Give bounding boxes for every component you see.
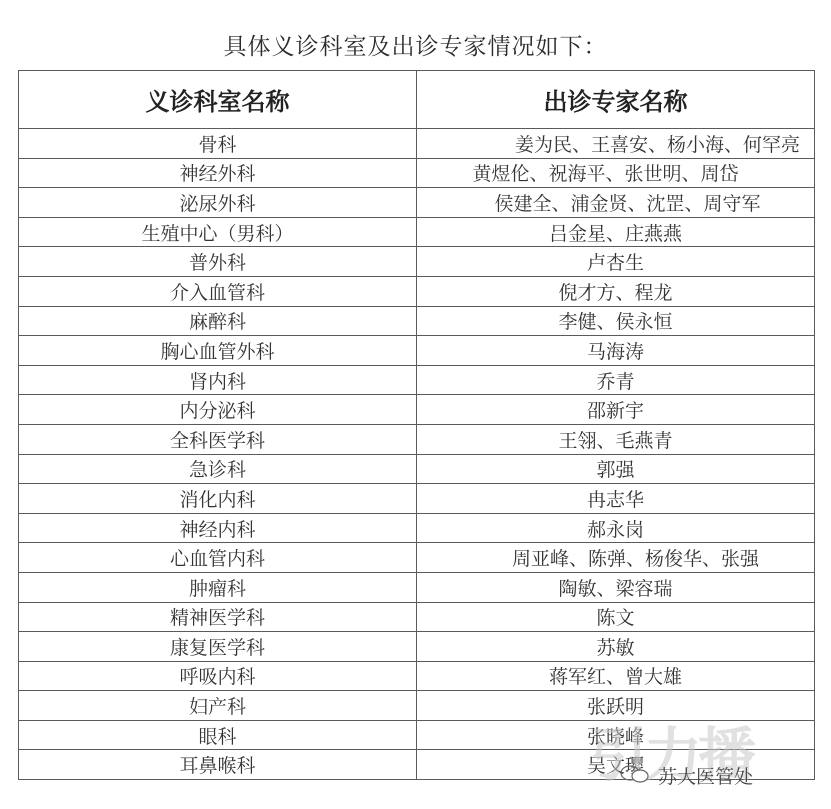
table-row: 心血管内科周亚峰、陈弹、杨俊华、张强 (19, 543, 815, 573)
experts-cell: 乔青 (417, 365, 815, 395)
table-row: 普外科卢杏生 (19, 247, 815, 277)
department-cell: 神经内科 (19, 513, 417, 543)
table-row: 呼吸内科蒋军红、曾大雄 (19, 661, 815, 691)
table-row: 肾内科乔青 (19, 365, 815, 395)
table-row: 内分泌科邵新宇 (19, 395, 815, 425)
department-cell: 普外科 (19, 247, 417, 277)
table-row: 康复医学科苏敏 (19, 632, 815, 662)
department-cell: 泌尿外科 (19, 188, 417, 218)
experts-cell: 吴文璎 (417, 750, 815, 780)
experts-cell: 卢杏生 (417, 247, 815, 277)
table-row: 骨科姜为民、王喜安、杨小海、何罕亮 (19, 129, 815, 159)
table-row: 生殖中心（男科）吕金星、庄燕燕 (19, 217, 815, 247)
experts-cell: 吕金星、庄燕燕 (417, 217, 815, 247)
table-row: 精神医学科陈文 (19, 602, 815, 632)
experts-cell: 侯建全、浦金贤、沈罡、周守军 (417, 188, 815, 218)
page-title: 具体义诊科室及出诊专家情况如下： (0, 28, 831, 61)
experts-cell: 张晓峰 (417, 720, 815, 750)
wechat-icon (618, 764, 652, 784)
department-cell: 康复医学科 (19, 632, 417, 662)
department-cell: 急诊科 (19, 454, 417, 484)
department-cell: 呼吸内科 (19, 661, 417, 691)
table-row: 眼科张晓峰 (19, 720, 815, 750)
experts-cell: 郭强 (417, 454, 815, 484)
department-cell: 麻醉科 (19, 306, 417, 336)
department-cell: 消化内科 (19, 484, 417, 514)
experts-cell: 马海涛 (417, 336, 815, 366)
department-cell: 全科医学科 (19, 424, 417, 454)
experts-cell: 陈文 (417, 602, 815, 632)
department-cell: 生殖中心（男科） (19, 217, 417, 247)
experts-cell: 姜为民、王喜安、杨小海、何罕亮 (417, 129, 815, 159)
department-cell: 肿瘤科 (19, 572, 417, 602)
column-header-department: 义诊科室名称 (19, 71, 417, 129)
table-row: 胸心血管外科马海涛 (19, 336, 815, 366)
table-row: 神经外科黄煜伦、祝海平、张世明、周岱 (19, 158, 815, 188)
department-cell: 精神医学科 (19, 602, 417, 632)
department-cell: 胸心血管外科 (19, 336, 417, 366)
department-cell: 介入血管科 (19, 276, 417, 306)
table-row: 麻醉科李健、侯永恒 (19, 306, 815, 336)
table-header-row: 义诊科室名称 出诊专家名称 (19, 71, 815, 129)
experts-cell: 倪才方、程龙 (417, 276, 815, 306)
department-cell: 眼科 (19, 720, 417, 750)
experts-cell: 郝永岗 (417, 513, 815, 543)
department-cell: 肾内科 (19, 365, 417, 395)
department-cell: 耳鼻喉科 (19, 750, 417, 780)
experts-cell: 王翎、毛燕青 (417, 424, 815, 454)
column-header-experts: 出诊专家名称 (417, 71, 815, 129)
department-cell: 骨科 (19, 129, 417, 159)
experts-cell: 蒋军红、曾大雄 (417, 661, 815, 691)
table-row: 妇产科张跃明 (19, 691, 815, 721)
experts-cell: 邵新宇 (417, 395, 815, 425)
experts-cell: 冉志华 (417, 484, 815, 514)
experts-cell: 黄煜伦、祝海平、张世明、周岱 (417, 158, 815, 188)
table-row: 急诊科郭强 (19, 454, 815, 484)
table-row: 消化内科冉志华 (19, 484, 815, 514)
clinic-expert-table: 义诊科室名称 出诊专家名称 骨科姜为民、王喜安、杨小海、何罕亮 神经外科黄煜伦、… (18, 70, 815, 780)
experts-cell: 陶敏、梁容瑞 (417, 572, 815, 602)
experts-cell: 李健、侯永恒 (417, 306, 815, 336)
table-row: 泌尿外科侯建全、浦金贤、沈罡、周守军 (19, 188, 815, 218)
table-row: 介入血管科倪才方、程龙 (19, 276, 815, 306)
department-cell: 心血管内科 (19, 543, 417, 573)
table-row: 肿瘤科陶敏、梁容瑞 (19, 572, 815, 602)
watermark-brand: 苏大医管处 (658, 762, 753, 789)
department-cell: 神经外科 (19, 158, 417, 188)
department-cell: 内分泌科 (19, 395, 417, 425)
experts-cell: 张跃明 (417, 691, 815, 721)
table-row: 神经内科郝永岗 (19, 513, 815, 543)
department-cell: 妇产科 (19, 691, 417, 721)
experts-cell: 苏敏 (417, 632, 815, 662)
table-row: 全科医学科王翎、毛燕青 (19, 424, 815, 454)
experts-cell: 周亚峰、陈弹、杨俊华、张强 (417, 543, 815, 573)
